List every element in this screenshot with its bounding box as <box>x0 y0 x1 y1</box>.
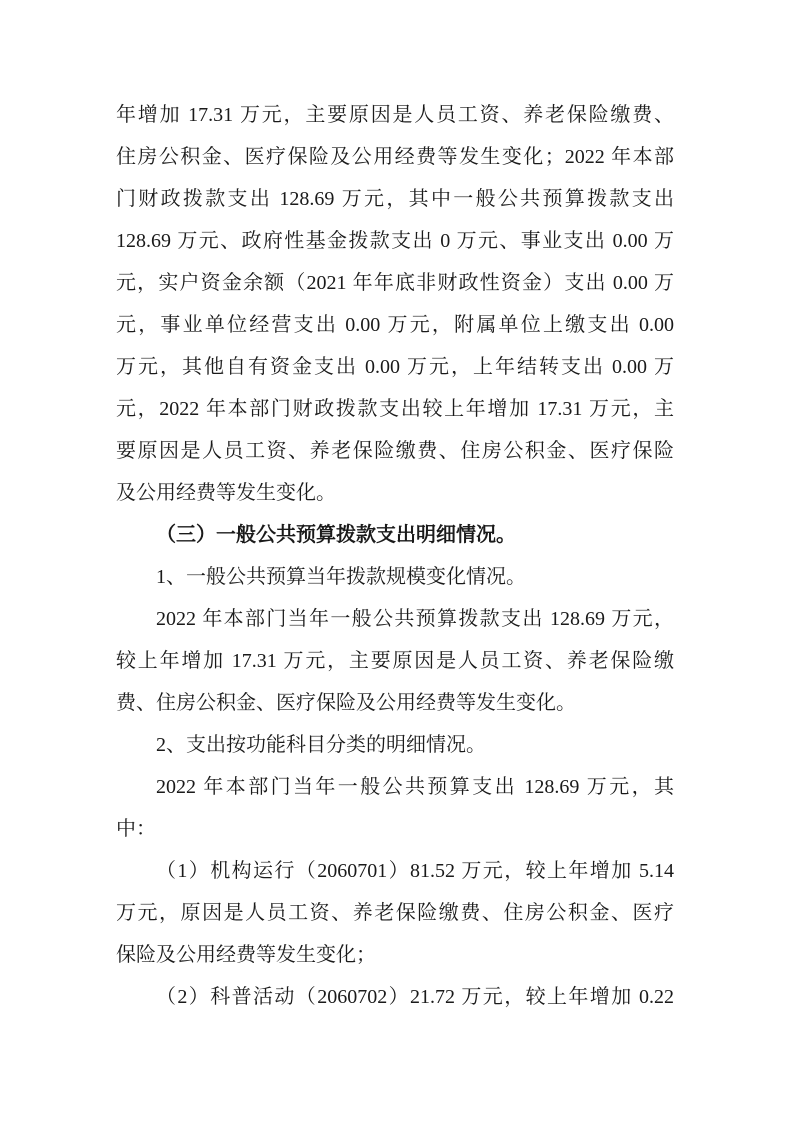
text-line: 万元，原因是人员工资、养老保险缴费、住房公积金、医疗 <box>116 892 674 934</box>
text-line: 元，实户资金余额（2021 年年底非财政性资金）支出 0.00 万 <box>116 262 674 304</box>
text-line: 中： <box>116 808 674 850</box>
text-line: 2、支出按功能科目分类的明细情况。 <box>116 724 674 766</box>
text-block: 年增加 17.31 万元，主要原因是人员工资、养老保险缴费、住房公积金、医疗保险… <box>116 94 674 1018</box>
text-line: 费、住房公积金、医疗保险及公用经费等发生变化。 <box>116 682 674 724</box>
para-fiscal-allocation-summary: 年增加 17.31 万元，主要原因是人员工资、养老保险缴费、住房公积金、医疗保险… <box>116 94 674 514</box>
text-line: 2022 年本部门当年一般公共预算拨款支出 128.69 万元， <box>116 598 674 640</box>
text-line: 要原因是人员工资、养老保险缴费、住房公积金、医疗保险 <box>116 430 674 472</box>
text-line: 较上年增加 17.31 万元，主要原因是人员工资、养老保险缴 <box>116 640 674 682</box>
text-line: 元，事业单位经营支出 0.00 万元，附属单位上缴支出 0.00 <box>116 304 674 346</box>
para-item-1-title: 1、一般公共预算当年拨款规模变化情况。 <box>116 556 674 598</box>
text-line: 2022 年本部门当年一般公共预算支出 128.69 万元，其 <box>116 766 674 808</box>
text-line: 1、一般公共预算当年拨款规模变化情况。 <box>116 556 674 598</box>
text-line: 万元，其他自有资金支出 0.00 万元，上年结转支出 0.00 万 <box>116 346 674 388</box>
text-line: 保险及公用经费等发生变化； <box>116 934 674 976</box>
para-item-2-intro: 2022 年本部门当年一般公共预算支出 128.69 万元，其中： <box>116 766 674 850</box>
text-line: 年增加 17.31 万元，主要原因是人员工资、养老保险缴费、 <box>116 94 674 136</box>
text-line: （三）一般公共预算拨款支出明细情况。 <box>116 514 674 556</box>
text-line: （1）机构运行（2060701）81.52 万元，较上年增加 5.14 <box>116 850 674 892</box>
text-line: 门财政拨款支出 128.69 万元，其中一般公共预算拨款支出 <box>116 178 674 220</box>
para-subitem-1-institution-operation: （1）机构运行（2060701）81.52 万元，较上年增加 5.14万元，原因… <box>116 850 674 976</box>
heading-section-three: （三）一般公共预算拨款支出明细情况。 <box>116 514 674 556</box>
para-item-1-body: 2022 年本部门当年一般公共预算拨款支出 128.69 万元，较上年增加 17… <box>116 598 674 724</box>
para-subitem-2-science-popularization: （2）科普活动（2060702）21.72 万元，较上年增加 0.22 <box>116 976 674 1018</box>
text-line: 128.69 万元、政府性基金拨款支出 0 万元、事业支出 0.00 万 <box>116 220 674 262</box>
text-line: 及公用经费等发生变化。 <box>116 472 674 514</box>
para-item-2-title: 2、支出按功能科目分类的明细情况。 <box>116 724 674 766</box>
document-page: 年增加 17.31 万元，主要原因是人员工资、养老保险缴费、住房公积金、医疗保险… <box>0 0 793 1122</box>
text-line: 住房公积金、医疗保险及公用经费等发生变化；2022 年本部 <box>116 136 674 178</box>
text-line: （2）科普活动（2060702）21.72 万元，较上年增加 0.22 <box>116 976 674 1018</box>
text-line: 元，2022 年本部门财政拨款支出较上年增加 17.31 万元，主 <box>116 388 674 430</box>
